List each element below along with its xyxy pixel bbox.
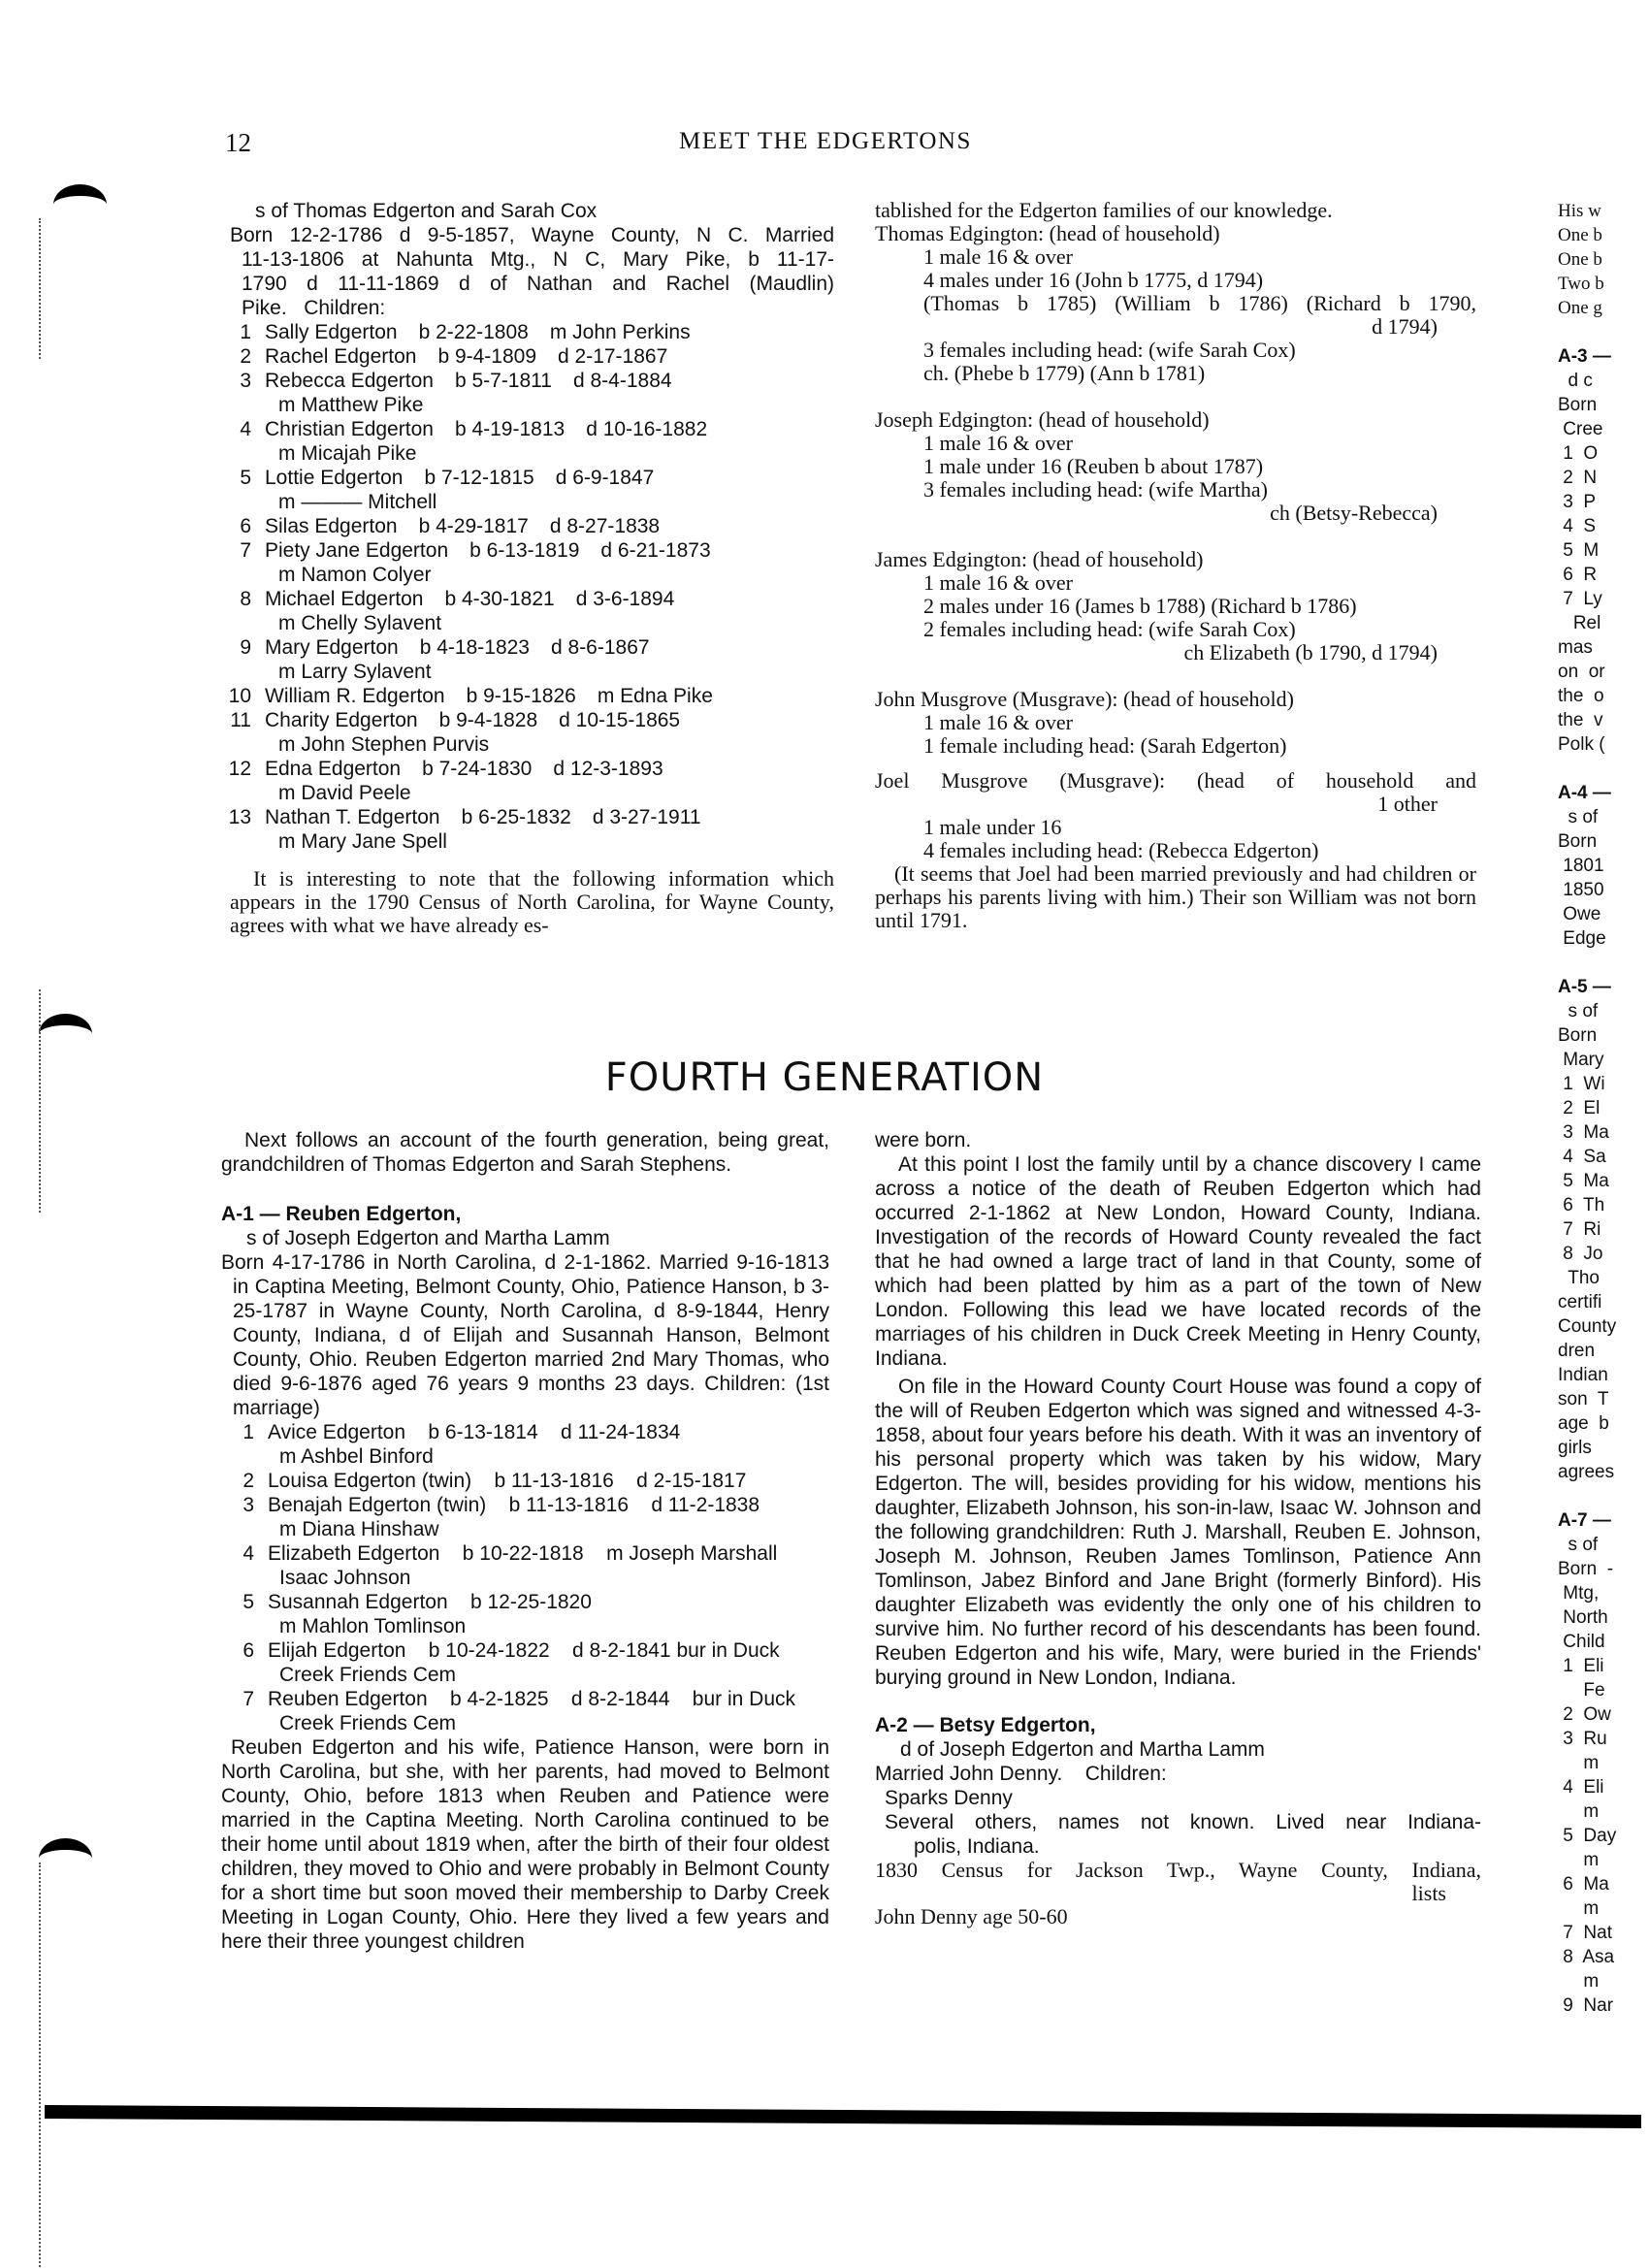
child-number: 1 (230, 320, 251, 344)
children-list: 1Avice Edgerton b 6-13-1814 d 11-24-1834… (221, 1420, 829, 1735)
child-birth: b 7-12-1815 (424, 467, 533, 489)
cropped-text-fragment: Fe (1558, 1678, 1645, 1702)
child-spouse: m Namon Colyer (230, 563, 834, 587)
scan-edge-top (39, 218, 41, 359)
child-subline: m Mahlon Tomlinson (221, 1614, 829, 1638)
cropped-text-fragment: 4 Sa (1558, 1145, 1645, 1169)
cropped-text-fragment: 3 Ma (1558, 1120, 1645, 1145)
narrative-paragraph: Reuben Edgerton and his wife, Patience H… (221, 1735, 829, 1954)
child-spouse: m Mary Jane Spell (230, 829, 834, 854)
cropped-text-fragment: Edge (1558, 926, 1645, 951)
child-name: Mary Edgerton (265, 636, 399, 659)
household-line: 4 males under 16 (John b 1775, d 1794) (875, 269, 1476, 292)
household-line: 3 females including head: (wife Martha) (875, 478, 1476, 502)
child-number: 2 (233, 1469, 254, 1493)
cropped-text-fragment: 2 Ow (1558, 1702, 1645, 1727)
child-birth: b 5-7-1811 (455, 370, 552, 392)
household-record: James Edgington: (head of household)1 ma… (875, 548, 1476, 664)
child-line-continued: polis, Indiana. (875, 1834, 1481, 1859)
household-line: 1 other (875, 793, 1476, 816)
household-head: Thomas Edgington: (head of household) (875, 222, 1476, 245)
child-death: d 6-21-1873 (600, 539, 710, 562)
household-line: 1 male 16 & over (875, 571, 1476, 595)
cropped-text-fragment: One b (1558, 223, 1645, 247)
scan-edge-bottom (39, 1863, 41, 2268)
child-name: Lottie Edgerton (265, 467, 403, 489)
cropped-text-fragment: girls (1558, 1436, 1645, 1460)
child-entry: Piety Jane Edgertonb 6-13-1819d 6-21-187… (265, 538, 711, 563)
entry-bio: Born 4-17-1786 in North Carolina, d 2-1-… (221, 1250, 829, 1420)
child-name: Sally Edgerton (265, 321, 398, 343)
cropped-text-fragment: County (1558, 1314, 1645, 1339)
census-last-line: John Denny age 50-60 (875, 1905, 1481, 1928)
household-head: Joseph Edgington: (head of household) (875, 408, 1476, 432)
child-name: Christian Edgerton (265, 418, 434, 440)
list-item: 9Mary Edgertonb 4-18-1823d 8-6-1867 (230, 635, 834, 660)
cropped-text-fragment: 7 Ly (1558, 587, 1645, 611)
child-death: d 10-16-1882 (586, 418, 707, 440)
cropped-text-fragment (1558, 1484, 1645, 1508)
child-birth: b 6-13-1819 (469, 539, 579, 562)
cropped-text-fragment: 5 Ma (1558, 1169, 1645, 1193)
cropped-text-fragment: the o (1558, 684, 1645, 708)
child-death: d 3-6-1894 (576, 588, 675, 610)
list-item: 7Reuben Edgerton b 4-2-1825 d 8-2-1844 b… (221, 1687, 829, 1711)
list-item: 5Lottie Edgertonb 7-12-1815d 6-9-1847 (230, 466, 834, 490)
cropped-text-fragment: Mary (1558, 1048, 1645, 1072)
bio-line: Pike. Children: (230, 296, 834, 320)
child-entry: Elijah Edgerton b 10-24-1822 d 8-2-1841 … (268, 1638, 780, 1663)
cropped-text-fragment: 9 Nar (1558, 1993, 1645, 2018)
household-list: Thomas Edgington: (head of household)1 m… (875, 222, 1476, 862)
child-number: 5 (230, 466, 251, 490)
bio-line: 1790 d 11-11-1869 d of Nathan and Rachel… (230, 272, 834, 296)
child-number: 13 (218, 805, 251, 829)
cropped-adjacent-column: His wOne bOne bTwo bOne gA-3 — d cBorn C… (1558, 199, 1645, 2018)
cropped-text-fragment: 4 Eli (1558, 1775, 1645, 1799)
child-number: 5 (233, 1590, 254, 1614)
cropped-text-fragment: Born (1558, 1023, 1645, 1048)
household-line: ch. (Phebe b 1779) (Ann b 1781) (875, 362, 1476, 385)
list-item: 3Rebecca Edgertonb 5-7-1811d 8-4-1884 (230, 369, 834, 393)
cropped-text-fragment (1558, 951, 1645, 975)
cropped-text-fragment: A-7 — (1558, 1508, 1645, 1533)
cropped-text-fragment: 7 Ri (1558, 1217, 1645, 1242)
child-number: 3 (233, 1493, 254, 1517)
household-line: 1 male under 16 (875, 816, 1476, 839)
cropped-text-fragment: 7 Nat (1558, 1921, 1645, 1945)
cropped-text-fragment: m (1558, 1799, 1645, 1824)
cropped-text-fragment: 1 Eli (1558, 1654, 1645, 1678)
child-number: 6 (233, 1638, 254, 1663)
cropped-text-fragment: Tho (1558, 1266, 1645, 1290)
cropped-text-fragment: d c (1558, 369, 1645, 393)
entry-parent-line: d of Joseph Edgerton and Martha Lamm (875, 1737, 1481, 1762)
bio-line: Born 12-2-1786 d 9-5-1857, Wayne County,… (230, 223, 834, 247)
cropped-text-fragment: 3 Ru (1558, 1727, 1645, 1751)
child-subline: Creek Friends Cem (221, 1711, 829, 1735)
child-name: Rachel Edgerton (265, 345, 416, 368)
child-death: d 3-27-1911 (593, 806, 701, 828)
cropped-text-fragment: Child (1558, 1630, 1645, 1654)
household-head: Joel Musgrove (Musgrave): (head of house… (875, 769, 1476, 793)
child-spouse: m David Peele (230, 781, 834, 805)
list-item: 7Piety Jane Edgertonb 6-13-1819d 6-21-18… (230, 538, 834, 563)
cropped-text-fragment: son T (1558, 1387, 1645, 1411)
child-spouse: m John Stephen Purvis (230, 732, 834, 757)
cropped-text-fragment: mas (1558, 635, 1645, 660)
cropped-text-fragment: s of (1558, 805, 1645, 829)
list-item: 1Sally Edgertonb 2-22-1808m John Perkins (230, 320, 834, 344)
scan-smudge-top (53, 184, 107, 225)
child-death: d 10-15-1865 (559, 709, 680, 731)
child-birth: b 4-30-1821 (444, 588, 554, 610)
cropped-text-fragment: North (1558, 1605, 1645, 1630)
household-line: (Thomas b 1785) (William b 1786) (Richar… (875, 292, 1476, 315)
child-entry: Nathan T. Edgertonb 6-25-1832d 3-27-1911 (265, 805, 701, 829)
household-line: 1 male 16 & over (875, 432, 1476, 455)
children-list: 1Sally Edgertonb 2-22-1808m John Perkins… (230, 320, 834, 854)
list-item: 4Elizabeth Edgerton b 10-22-1818 m Josep… (221, 1541, 829, 1566)
household-line: ch Elizabeth (b 1790, d 1794) (875, 641, 1476, 664)
household-line: ch (Betsy-Rebecca) (875, 502, 1476, 525)
cropped-text-fragment: Owe (1558, 902, 1645, 926)
cropped-text-fragment: Indian (1558, 1363, 1645, 1387)
cropped-text-fragment: 1850 (1558, 878, 1645, 902)
scan-smudge-bottom (39, 1838, 92, 1879)
household-head: James Edgington: (head of household) (875, 548, 1476, 571)
cropped-text-fragment: 2 El (1558, 1096, 1645, 1120)
census-intro: It is interesting to note that the follo… (230, 867, 834, 937)
cropped-text-fragment: s of (1558, 999, 1645, 1023)
cropped-text-fragment: 3 P (1558, 490, 1645, 514)
child-entry: Edna Edgertonb 7-24-1830d 12-3-1893 (265, 757, 663, 781)
cropped-text-fragment: A-5 — (1558, 975, 1645, 999)
cropped-text-fragment: s of (1558, 1533, 1645, 1557)
child-number: 1 (233, 1420, 254, 1444)
cropped-text-fragment: Mtg, (1558, 1581, 1645, 1605)
bottom-left-column: Next follows an account of the fourth ge… (221, 1128, 829, 1954)
scan-edge-mid (39, 989, 41, 1213)
cropped-text-fragment: Cree (1558, 417, 1645, 441)
child-number: 3 (230, 369, 251, 393)
child-number: 12 (218, 757, 251, 781)
child-death: m Edna Pike (598, 685, 713, 707)
household-line: 1 male 16 & over (875, 245, 1476, 269)
child-subline: Creek Friends Cem (221, 1663, 829, 1687)
child-death: d 6-9-1847 (556, 467, 655, 489)
household-line: 1 female including head: (Sarah Edgerton… (875, 734, 1476, 758)
list-item: 8Michael Edgertonb 4-30-1821d 3-6-1894 (230, 587, 834, 611)
child-entry: Elizabeth Edgerton b 10-22-1818 m Joseph… (268, 1541, 777, 1566)
cropped-text-fragment: m (1558, 1896, 1645, 1921)
household-record: Joseph Edgington: (head of household)1 m… (875, 408, 1476, 525)
household-line: 2 males under 16 (James b 1788) (Richard… (875, 595, 1476, 618)
cropped-text-fragment: 6 Th (1558, 1193, 1645, 1217)
household-record: Thomas Edgington: (head of household)1 m… (875, 222, 1476, 385)
child-name: Rebecca Edgerton (265, 370, 434, 392)
cropped-text-fragment: 1801 (1558, 854, 1645, 878)
cropped-text-fragment: His w (1558, 199, 1645, 223)
child-number: 7 (233, 1687, 254, 1711)
page-number: 12 (225, 128, 251, 158)
cropped-text-fragment: 8 Asa (1558, 1945, 1645, 1969)
child-birth: b 2-22-1808 (419, 321, 529, 343)
household-line: 1 male under 16 (Reuben b about 1787) (875, 455, 1476, 478)
household-line: 2 females including head: (wife Sarah Co… (875, 618, 1476, 641)
child-subline: m Diana Hinshaw (221, 1517, 829, 1541)
cropped-text-fragment: Two b (1558, 272, 1645, 296)
cropped-text-fragment: 5 M (1558, 538, 1645, 563)
child-birth: b 9-15-1826 (467, 685, 576, 707)
entry-heading-a2: A-2 — Betsy Edgerton, (875, 1713, 1481, 1737)
cropped-text-fragment: A-4 — (1558, 781, 1645, 805)
cropped-text-fragment: Polk ( (1558, 732, 1645, 757)
household-head: John Musgrove (Musgrave): (head of house… (875, 688, 1476, 711)
household-line: 4 females including head: (Rebecca Edger… (875, 839, 1476, 862)
child-death: d 8-27-1838 (550, 515, 660, 537)
list-item: 5Susannah Edgerton b 12-25-1820 (221, 1590, 829, 1614)
child-name: Silas Edgerton (265, 515, 398, 537)
child-entry: Avice Edgerton b 6-13-1814 d 11-24-1834 (268, 1420, 680, 1444)
household-record: Joel Musgrove (Musgrave): (head of house… (875, 769, 1476, 862)
census-line: 1830 Census for Jackson Twp., Wayne Coun… (875, 1859, 1481, 1882)
list-item: 2Rachel Edgertonb 9-4-1809d 2-17-1867 (230, 344, 834, 369)
cropped-text-fragment: 2 N (1558, 466, 1645, 490)
child-number: 10 (218, 684, 251, 708)
child-spouse: m Micajah Pike (230, 441, 834, 466)
cropped-text-fragment: on or (1558, 660, 1645, 684)
cropped-text-fragment: Born (1558, 393, 1645, 417)
list-item: 6Elijah Edgerton b 10-24-1822 d 8-2-1841… (221, 1638, 829, 1663)
child-number: 7 (230, 538, 251, 563)
cropped-text-fragment: the v (1558, 708, 1645, 732)
child-death: m John Perkins (550, 321, 691, 343)
cropped-text-fragment: 5 Day (1558, 1824, 1645, 1848)
child-spouse: m ——— Mitchell (230, 490, 834, 514)
household-line: 3 females including head: (wife Sarah Co… (875, 339, 1476, 362)
child-subline: m Ashbel Binford (221, 1444, 829, 1469)
child-entry: Rebecca Edgertonb 5-7-1811d 8-4-1884 (265, 369, 672, 393)
child-spouse: m Matthew Pike (230, 393, 834, 417)
child-number: 8 (230, 587, 251, 611)
household-line: 1 male 16 & over (875, 711, 1476, 734)
census-line-right: lists (875, 1882, 1481, 1905)
child-line: Several others, names not known. Lived n… (875, 1810, 1481, 1834)
child-name: William R. Edgerton (265, 685, 445, 707)
list-item: 11Charity Edgertonb 9-4-1828d 10-15-1865 (230, 708, 834, 732)
running-title: MEET THE EDGERTONS (679, 128, 972, 155)
child-birth: b 4-29-1817 (419, 515, 529, 537)
entry-married: Married John Denny. Children: (875, 1762, 1481, 1786)
cropped-text-fragment: 1 O (1558, 441, 1645, 466)
list-item: 2Louisa Edgerton (twin) b 11-13-1816 d 2… (221, 1469, 829, 1493)
cropped-text-fragment: Born - (1558, 1557, 1645, 1581)
list-item: 13Nathan T. Edgertonb 6-25-1832d 3-27-19… (230, 805, 834, 829)
top-right-column: tablished for the Edgerton families of o… (875, 199, 1476, 932)
child-entry: William R. Edgertonb 9-15-1826m Edna Pik… (265, 684, 713, 708)
cropped-text-fragment (1558, 320, 1645, 344)
child-entry: Louisa Edgerton (twin) b 11-13-1816 d 2-… (268, 1469, 746, 1493)
bio-line: 11-13-1806 at Nahunta Mtg., N C, Mary Pi… (230, 247, 834, 272)
joel-note: (It seems that Joel had been married pre… (875, 862, 1476, 932)
cropped-text-fragment: One g (1558, 296, 1645, 320)
child-birth: b 9-4-1809 (437, 345, 536, 368)
cropped-text-fragment: m (1558, 1848, 1645, 1872)
cropped-text-fragment: agrees (1558, 1460, 1645, 1484)
intro-paragraph: Next follows an account of the fourth ge… (221, 1128, 829, 1177)
child-entry: Reuben Edgerton b 4-2-1825 d 8-2-1844 bu… (268, 1687, 795, 1711)
list-item: 3Benajah Edgerton (twin) b 11-13-1816 d … (221, 1493, 829, 1517)
child-birth: b 7-24-1830 (422, 758, 532, 780)
child-birth: b 4-18-1823 (420, 636, 530, 659)
bottom-rule (45, 2105, 1641, 2128)
child-death: d 8-6-1867 (551, 636, 650, 659)
child-entry: Sally Edgertonb 2-22-1808m John Perkins (265, 320, 691, 344)
child-number: 9 (230, 635, 251, 660)
list-item: 1Avice Edgerton b 6-13-1814 d 11-24-1834 (221, 1420, 829, 1444)
continuation-text: were born. (875, 1128, 1481, 1152)
list-item: 6Silas Edgertonb 4-29-1817d 8-27-1838 (230, 514, 834, 538)
child-entry: Charity Edgertonb 9-4-1828d 10-15-1865 (265, 708, 680, 732)
child-name: Nathan T. Edgerton (265, 806, 440, 828)
child-name: Charity Edgerton (265, 709, 418, 731)
household-line: d 1794) (875, 315, 1476, 339)
child-spouse: m Chelly Sylavent (230, 611, 834, 635)
cropped-text-fragment: 6 R (1558, 563, 1645, 587)
section-title: FOURTH GENERATION (0, 1055, 1649, 1100)
child-entry: Silas Edgertonb 4-29-1817d 8-27-1838 (265, 514, 660, 538)
continuation-text: tablished for the Edgerton families of o… (875, 199, 1476, 222)
cropped-text-fragment (1558, 757, 1645, 781)
cropped-text-fragment: 6 Ma (1558, 1872, 1645, 1896)
cropped-text-fragment: 8 Jo (1558, 1242, 1645, 1266)
cropped-text-fragment: 1 Wi (1558, 1072, 1645, 1096)
child-death: d 8-4-1884 (573, 370, 672, 392)
child-entry: Susannah Edgerton b 12-25-1820 (268, 1590, 592, 1614)
cropped-text-fragment: 4 S (1558, 514, 1645, 538)
child-death: d 2-17-1867 (558, 345, 667, 368)
child-subline: Isaac Johnson (221, 1566, 829, 1590)
child-line: Sparks Denny (875, 1786, 1481, 1810)
cropped-text-fragment: dren (1558, 1339, 1645, 1363)
list-item: 4Christian Edgertonb 4-19-1813d 10-16-18… (230, 417, 834, 441)
cropped-text-fragment: age b (1558, 1411, 1645, 1436)
child-birth: b 6-25-1832 (462, 806, 571, 828)
child-number: 6 (230, 514, 251, 538)
child-name: Piety Jane Edgerton (265, 539, 448, 562)
child-entry: Benajah Edgerton (twin) b 11-13-1816 d 1… (268, 1493, 760, 1517)
top-left-column: s of Thomas Edgerton and Sarah Cox Born … (230, 199, 834, 937)
paragraph: On file in the Howard County Court House… (875, 1375, 1481, 1690)
cropped-text-fragment: One b (1558, 247, 1645, 272)
child-number: 4 (233, 1541, 254, 1566)
entry-heading-a1: A-1 — Reuben Edgerton, (221, 1202, 829, 1226)
list-item: 10William R. Edgertonb 9-15-1826m Edna P… (230, 684, 834, 708)
cropped-text-fragment: A-3 — (1558, 344, 1645, 369)
cropped-text-fragment: certifi (1558, 1290, 1645, 1314)
child-entry: Lottie Edgertonb 7-12-1815d 6-9-1847 (265, 466, 654, 490)
cropped-text-fragment: Rel (1558, 611, 1645, 635)
bio-block: Born 12-2-1786 d 9-5-1857, Wayne County,… (230, 223, 834, 320)
child-entry: Christian Edgertonb 4-19-1813d 10-16-188… (265, 417, 707, 441)
bottom-right-column: were born. At this point I lost the fami… (875, 1128, 1481, 1928)
paragraph: At this point I lost the family until by… (875, 1152, 1481, 1371)
child-birth: b 9-4-1828 (439, 709, 538, 731)
child-number: 11 (218, 708, 251, 732)
parent-line: s of Thomas Edgerton and Sarah Cox (230, 199, 834, 223)
child-entry: Michael Edgertonb 4-30-1821d 3-6-1894 (265, 587, 674, 611)
child-name: Michael Edgerton (265, 588, 423, 610)
cropped-text-fragment: m (1558, 1751, 1645, 1775)
child-number: 2 (230, 344, 251, 369)
household-record: John Musgrove (Musgrave): (head of house… (875, 688, 1476, 758)
cropped-text-fragment: m (1558, 1969, 1645, 1993)
scan-smudge-middle (39, 1014, 92, 1054)
child-spouse: m Larry Sylavent (230, 660, 834, 684)
child-birth: b 4-19-1813 (455, 418, 565, 440)
list-item: 12Edna Edgertonb 7-24-1830d 12-3-1893 (230, 757, 834, 781)
child-name: Edna Edgerton (265, 758, 401, 780)
entry-parent-line: s of Joseph Edgerton and Martha Lamm (221, 1226, 829, 1250)
child-entry: Mary Edgertonb 4-18-1823d 8-6-1867 (265, 635, 650, 660)
child-number: 4 (230, 417, 251, 441)
child-death: d 12-3-1893 (553, 758, 663, 780)
child-entry: Rachel Edgertonb 9-4-1809d 2-17-1867 (265, 344, 667, 369)
cropped-text-fragment: Born (1558, 829, 1645, 854)
